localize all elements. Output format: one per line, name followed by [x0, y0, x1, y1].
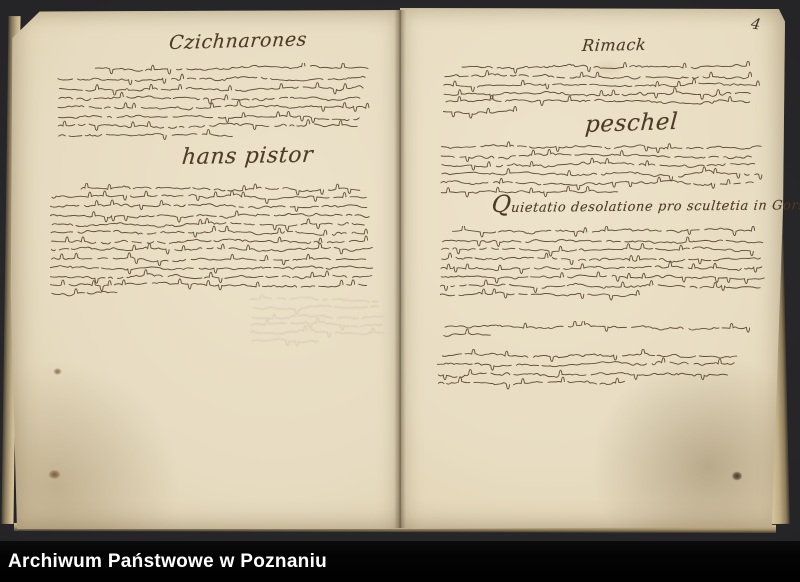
heading-quietatio: Quietatio desolatione pro scultetia in G…	[491, 198, 800, 216]
archive-name-label: Archiwum Państwowe w Poznaniu	[8, 551, 327, 573]
note-right	[443, 321, 751, 349]
heading-czichnarones: Czichnarones	[168, 28, 308, 54]
paragraph-left-2	[50, 183, 382, 306]
scanned-manuscript-photo: Czichnaroneshans pistorRimackpeschelQuie…	[0, 0, 800, 582]
ghost-bleedthrough	[250, 294, 390, 353]
heading-hans-pistor: hans pistor	[181, 143, 315, 170]
archive-watermark-bar: Archiwum Państwowe w Poznaniu	[0, 541, 800, 582]
paragraph-right-2	[440, 140, 772, 206]
paragraph-left-1	[57, 63, 375, 150]
heading-peschel: peschel	[584, 109, 679, 138]
paragraph-right-4	[437, 349, 750, 397]
paragraph-right-3	[440, 226, 774, 308]
manuscript-text-layer: Czichnaroneshans pistorRimackpeschelQuie…	[0, 0, 800, 582]
heading-rimack: Rimack	[581, 35, 647, 55]
